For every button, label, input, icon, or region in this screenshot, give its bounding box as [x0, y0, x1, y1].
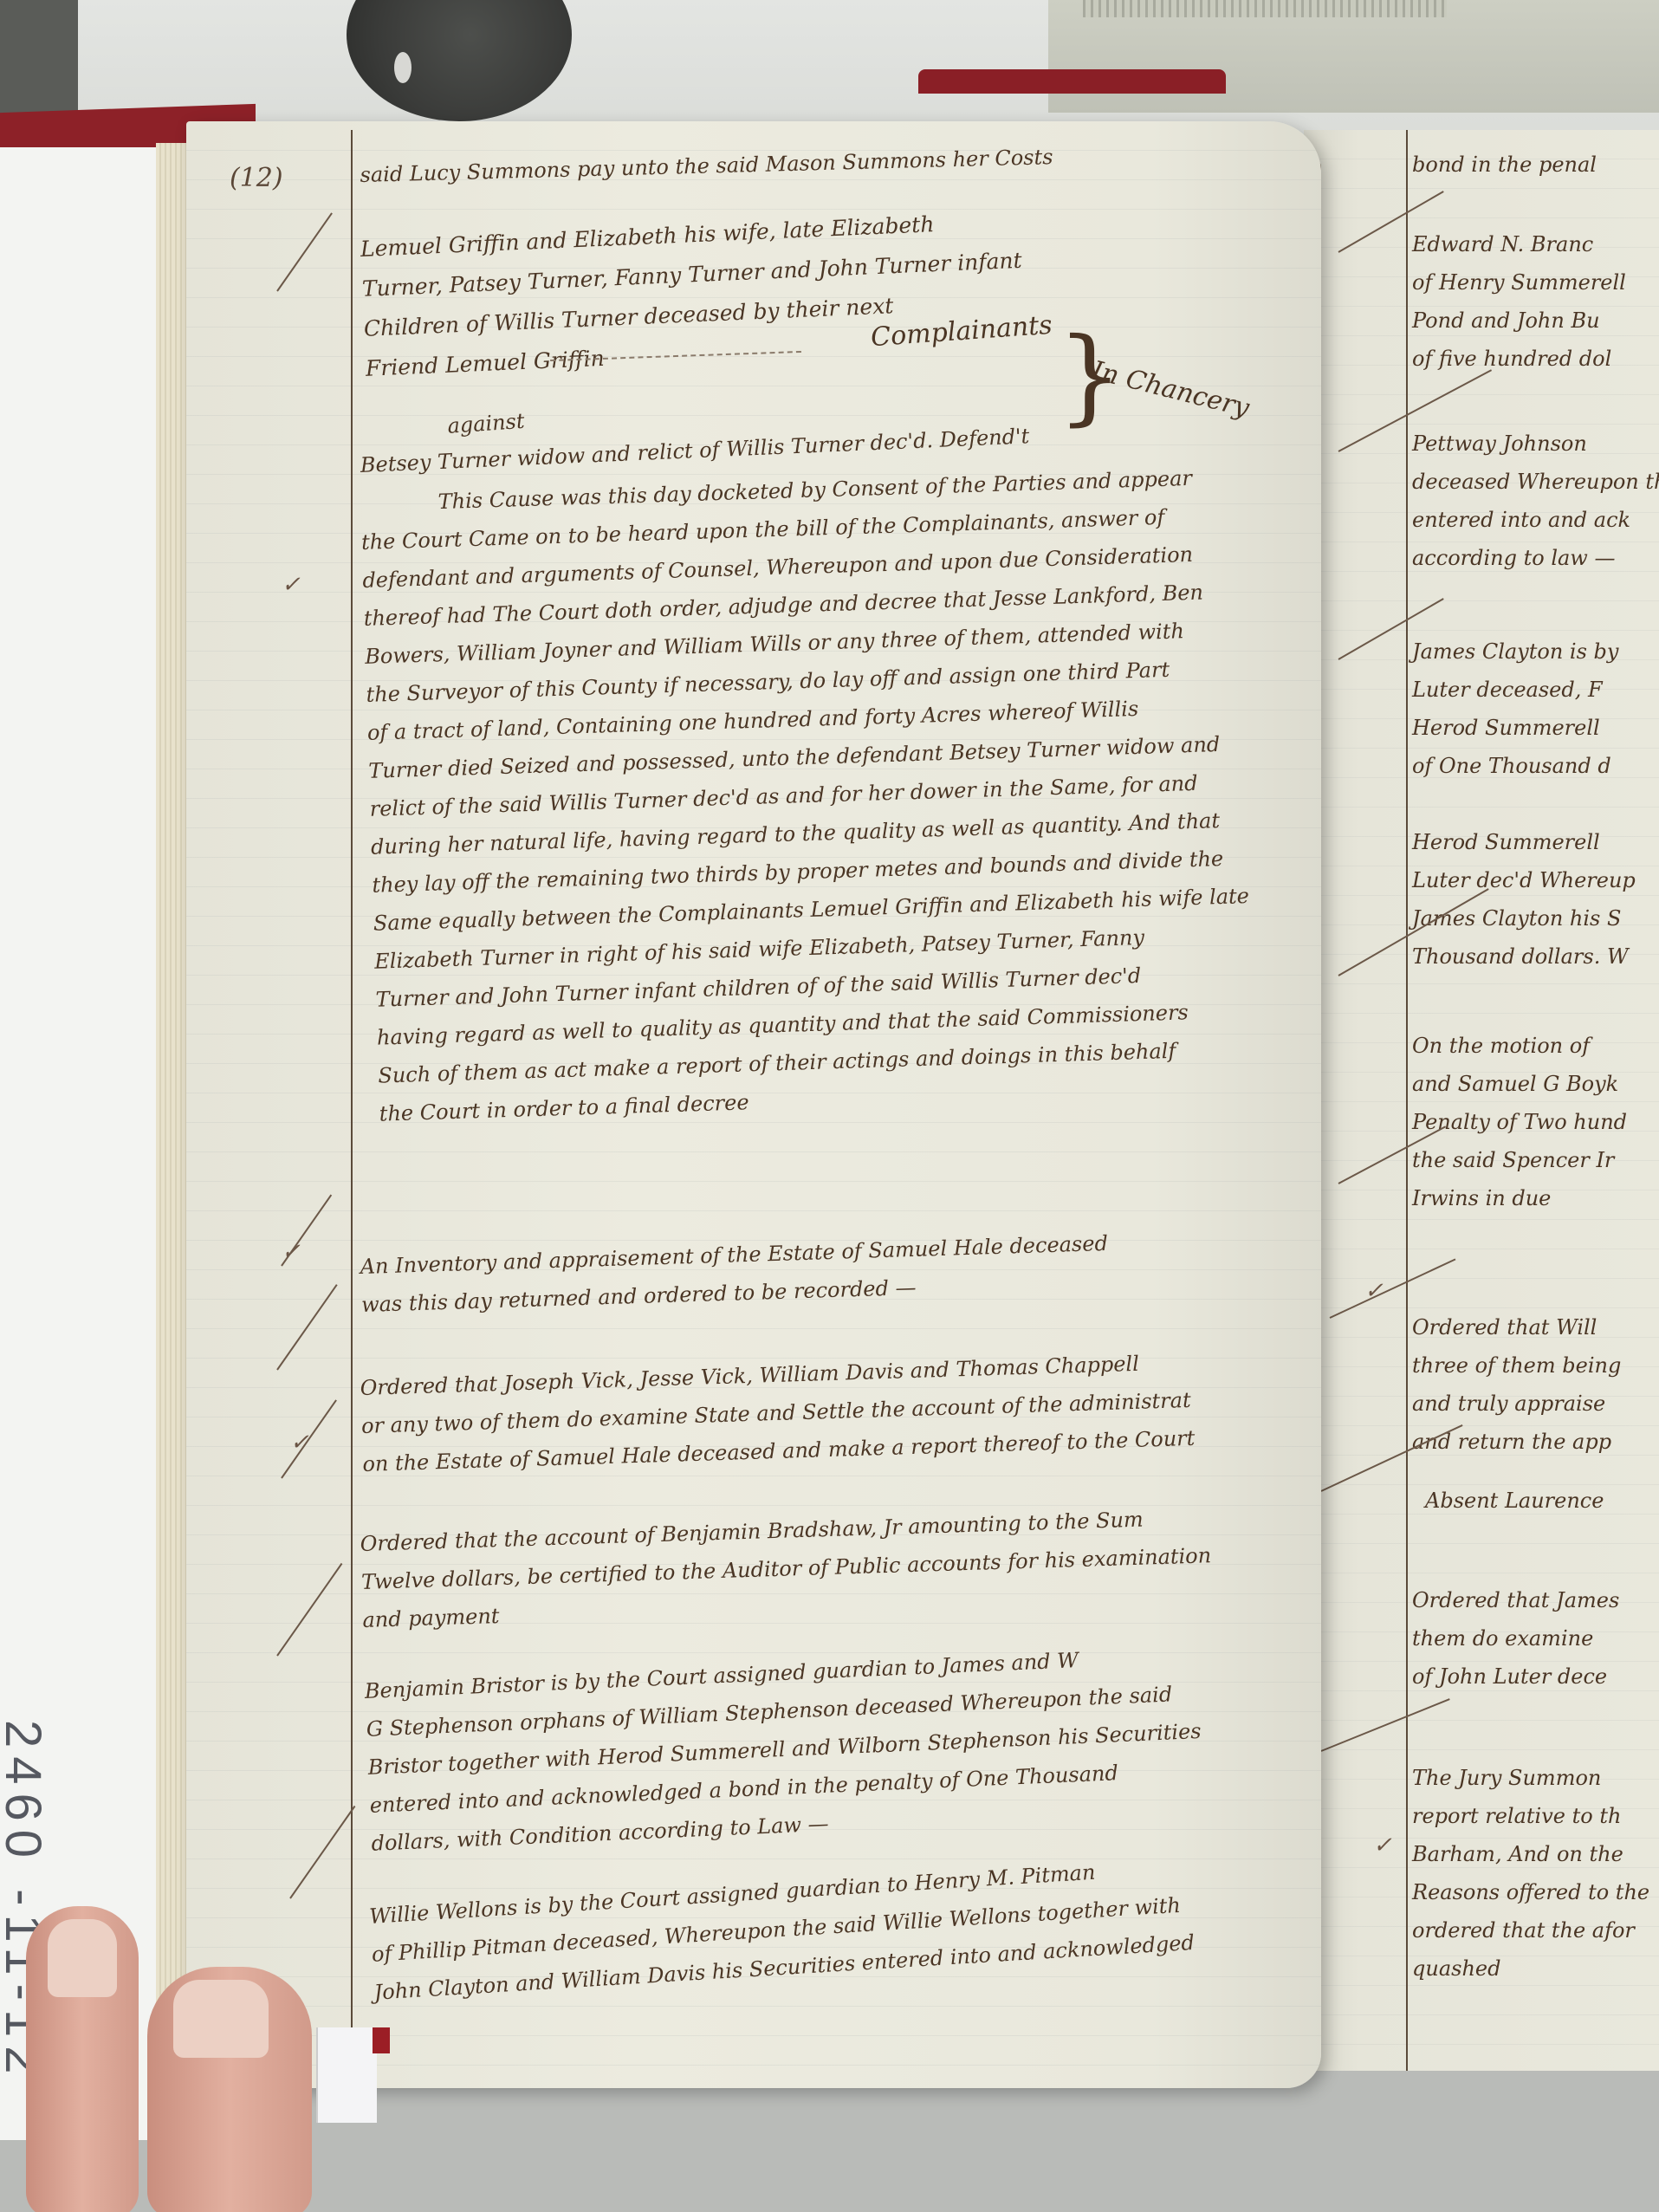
right-entry: The Jury Summon report relative to th Ba…	[1412, 1759, 1649, 1988]
margin-slash-mark	[281, 1195, 332, 1267]
right-entry: James Clayton is by Luter deceased, F He…	[1412, 632, 1618, 785]
background-reel-hub	[394, 52, 412, 83]
case-caption-complainants: Lemuel Griffin and Elizabeth his wife, l…	[360, 201, 1027, 389]
bookmark-tab	[316, 2027, 377, 2123]
minute-entry-wellons-guardian: Willie Wellons is by the Court assigned …	[368, 1847, 1196, 2012]
thumbnail	[173, 1980, 269, 2058]
minute-entry-inventory: An Inventory and appraisement of the Est…	[360, 1224, 1110, 1324]
bookmark-tab-red	[373, 2027, 390, 2053]
left-margin-rule	[351, 130, 353, 2071]
right-margin-rule	[1406, 130, 1408, 2071]
margin-slash-mark	[276, 212, 333, 291]
minute-entry-bradshaw-account: Ordered that the account of Benjamin Bra…	[360, 1498, 1213, 1639]
right-entry: On the motion of and Samuel G Boyk Penal…	[1412, 1027, 1627, 1217]
minute-entry-chancery-decree: This Cause was this day docketed by Cons…	[360, 457, 1255, 1132]
page-number: (12)	[230, 163, 283, 193]
right-entry: Ordered that James them do examine of Jo…	[1412, 1581, 1619, 1696]
ledger-page: (12) said Lucy Summons pay unto the said…	[186, 121, 1321, 2088]
carryover-line: said Lucy Summons pay unto the said Maso…	[360, 138, 1053, 194]
minute-entry-order-examine: Ordered that Joseph Vick, Jesse Vick, Wi…	[360, 1343, 1196, 1483]
margin-slash-mark	[289, 1806, 355, 1899]
right-facing-page: ) bond in the penal Edward N. Branc of H…	[1304, 130, 1659, 2071]
margin-slash-mark	[1321, 1698, 1450, 1752]
right-entry: Pettway Johnson deceased Whereupon th en…	[1412, 425, 1659, 577]
margin-slash-mark	[281, 1399, 337, 1478]
minute-entry-bristor-guardian: Benjamin Bristor is by the Court assigne…	[364, 1636, 1205, 1863]
right-entry: Herod Summerell Luter dec'd Whereup Jame…	[1412, 823, 1636, 976]
right-entry: Ordered that Will three of them being an…	[1412, 1308, 1621, 1461]
right-entry: Edward N. Branc of Henry Summerell Pond …	[1412, 225, 1626, 378]
margin-check-mark: ✓	[282, 572, 301, 598]
margin-slash-mark	[276, 1284, 337, 1370]
margin-check-mark: ✓	[1373, 1833, 1392, 1858]
page-stack-edges	[156, 143, 191, 2075]
fingernail	[48, 1919, 117, 1997]
margin-check-mark: ✓	[1364, 1278, 1384, 1304]
background-vent	[1083, 0, 1447, 17]
right-entry: Absent Laurence	[1425, 1482, 1604, 1520]
right-entry: bond in the penal	[1412, 146, 1597, 184]
book-cover-spine-top	[918, 69, 1226, 94]
margin-slash-mark	[276, 1563, 342, 1657]
